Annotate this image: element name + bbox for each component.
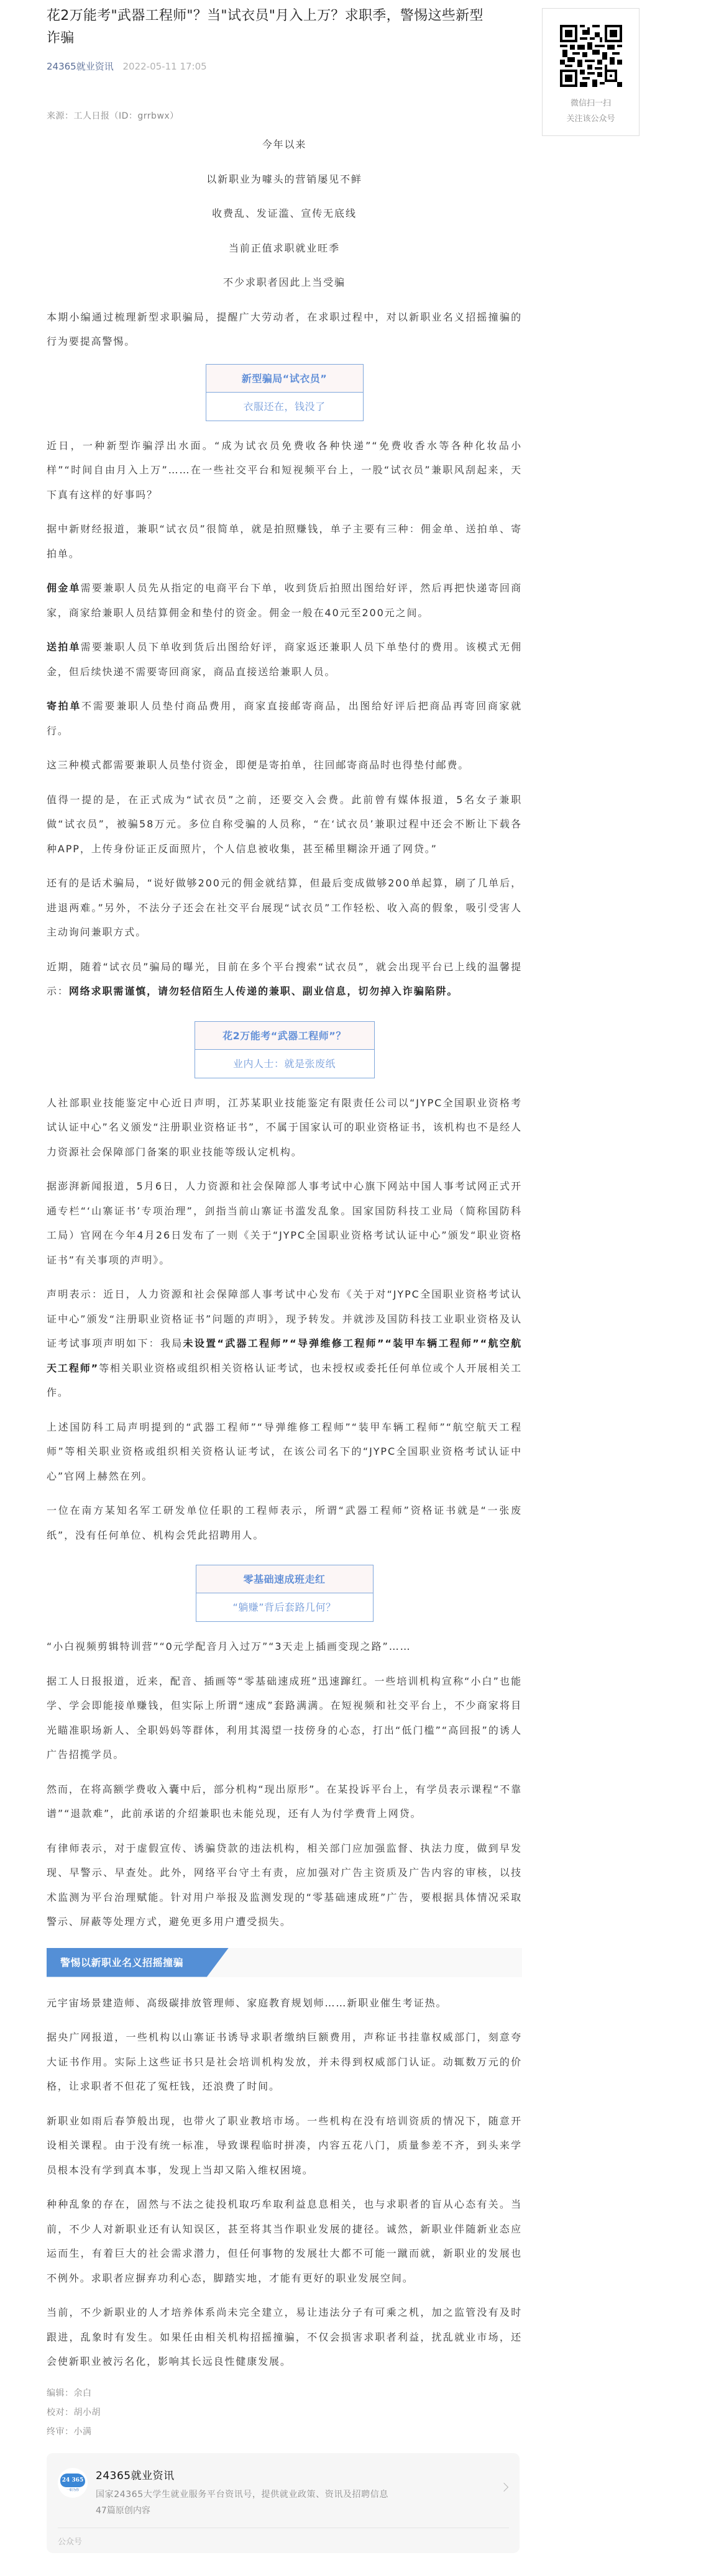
intro-line: 收费乱、发证滥、宣传无底线 bbox=[47, 201, 522, 226]
paragraph: 上述国防科工局声明提到的“武器工程师”“导弹维修工程师”“装甲车辆工程师”“航空… bbox=[47, 1415, 522, 1489]
paragraph: 声明表示：近日，人力资源和社会保障部人事考试中心发布《关于对“JYPC全国职业资… bbox=[47, 1282, 522, 1405]
paragraph: 有律师表示，对于虚假宣传、诱骗贷款的违法机构，相关部门应加强监督、执法力度，做到… bbox=[47, 1836, 522, 1934]
article-source: 来源：工人日报（ID：grrbwx） bbox=[47, 109, 522, 123]
callout-subtitle: 业内人士：就是张废纸 bbox=[195, 1050, 374, 1078]
intro-line: 当前正值求职就业旺季 bbox=[47, 236, 522, 261]
paragraph: 新职业如雨后春笋般出现，也带火了职业教培市场。一些机构在没有培训资质的情况下，随… bbox=[47, 2109, 522, 2183]
paragraph: 还有的是话术骗局，“说好做够200元的佣金就结算，但最后变成做够200单起算，刷… bbox=[47, 871, 522, 945]
credit-editor: 编辑：余白 bbox=[47, 2384, 522, 2403]
paragraph: 寄拍单不需要兼职人员垫付商品费用，商家直接邮寄商品，出图给好评后把商品再寄回商家… bbox=[47, 694, 522, 743]
qr-caption-line1: 微信扫一扫 bbox=[543, 96, 639, 111]
article-title: 花2万能考"武器工程师"？当"试衣员"月入上万？求职季，警惕这些新型诈骗 bbox=[47, 5, 488, 50]
account-type-label: 公众号 bbox=[58, 2535, 82, 2547]
section-header-label: 警惕以新职业名义招摇撞骗 bbox=[60, 1948, 183, 1977]
callout-subtitle: 衣服还在，钱没了 bbox=[206, 393, 363, 421]
chevron-right-icon bbox=[500, 2482, 508, 2491]
article-meta: 24365就业资讯 2022-05-11 17:05 bbox=[47, 60, 522, 73]
paragraph: 佣金单需要兼职人员先从指定的电商平台下单，收到货后拍照出图给好评，然后再把快递寄… bbox=[47, 576, 522, 625]
paragraph: 近期，随着“试衣员”骗局的曝光，目前在多个平台搜索“试衣员”，就会出现平台已上线… bbox=[47, 955, 522, 1004]
paragraph: 送拍单需要兼职人员下单收到货后出图给好评，商家返还兼职人员下单垫付的费用。该模式… bbox=[47, 635, 522, 684]
paragraph: “小白视频剪辑特训营”“0元学配音月入过万”“3天走上插画变现之路”…… bbox=[47, 1634, 522, 1659]
intro-line: 不少求职者因此上当受骗 bbox=[47, 270, 522, 295]
callout-title: 花2万能考“武器工程师”？ bbox=[195, 1022, 374, 1050]
callout-box-trial-clothing: 新型骗局“试衣员” 衣服还在，钱没了 bbox=[206, 364, 364, 421]
cloud-logo-icon: 24 365 bbox=[60, 2474, 85, 2487]
paragraph: 一位在南方某知名军工研发单位任职的工程师表示，所谓“武器工程师”资格证书就是“一… bbox=[47, 1498, 522, 1547]
article: 花2万能考"武器工程师"？当"试衣员"月入上万？求职季，警惕这些新型诈骗 243… bbox=[47, 5, 522, 2553]
intro-line: 以新职业为噱头的营销屡见不鲜 bbox=[47, 167, 522, 192]
paragraph: 据央广网报道，一些机构以山寨证书诱导求职者缴纳巨额费用，声称证书挂靠权威部门，刻… bbox=[47, 2025, 522, 2099]
callout-box-weapons-engineer: 花2万能考“武器工程师”？ 业内人士：就是张废纸 bbox=[195, 1021, 375, 1078]
bold-warning: 网络求职需谨慎，请勿轻信陌生人传递的兼职、副业信息，切勿掉入诈骗陷阱。 bbox=[69, 985, 459, 997]
paragraph: 种种乱象的存在，固然与不法之徒投机取巧牟取利益息息相关，也与求职者的盲从心态有关… bbox=[47, 2192, 522, 2290]
account-description: 国家24365大学生就业服务平台资讯号，提供就业政策、资讯及招聘信息 bbox=[96, 2488, 388, 2500]
paragraph: 近日，一种新型诈骗浮出水面。“成为试衣员免费收各种快递”“免费收香水等各种化妆品… bbox=[47, 434, 522, 507]
qr-caption-line2: 关注该公众号 bbox=[543, 111, 639, 127]
card-divider bbox=[58, 2528, 509, 2528]
credit-final-review: 终审：小满 bbox=[47, 2423, 522, 2442]
account-profile-card[interactable]: 24 365 一职为你 24365就业资讯 国家24365大学生就业服务平台资讯… bbox=[47, 2453, 520, 2553]
credits: 编辑：余白 校对：胡小胡 终审：小满 bbox=[47, 2384, 522, 2442]
paragraph: 然而，在将高额学费收入囊中后，部分机构“现出原形”。在某投诉平台上，有学员表示课… bbox=[47, 1777, 522, 1826]
paragraph: 据工人日报报道，近来，配音、插画等“零基础速成班”迅速蹿红。一些培训机构宣称“小… bbox=[47, 1669, 522, 1767]
intro-paragraph: 本期小编通过梳理新型求职骗局，提醒广大劳动者，在求职过程中，对以新职业名义招摇撞… bbox=[47, 305, 522, 354]
paragraph: 人社部职业技能鉴定中心近日声明，江苏某职业技能鉴定有限责任公司以“JYPC全国职… bbox=[47, 1091, 522, 1165]
account-logo: 24 365 一职为你 bbox=[58, 2468, 88, 2498]
bold-term: 佣金单 bbox=[47, 582, 81, 594]
author-link[interactable]: 24365就业资讯 bbox=[47, 61, 114, 72]
original-count: 47篇原创内容 bbox=[96, 2504, 150, 2516]
paragraph: 据澎湃新闻报道，5月6日，人力资源和社会保障部人事考试中心旗下网站中国人事考试网… bbox=[47, 1174, 522, 1272]
bold-term: 寄拍单 bbox=[47, 700, 81, 712]
paragraph: 值得一提的是，在正式成为“试衣员”之前，还要交入会费。此前曾有媒体报道，5名女子… bbox=[47, 788, 522, 862]
qr-follow-panel: 微信扫一扫 关注该公众号 bbox=[542, 8, 640, 136]
paragraph: 当前，不少新职业的人才培养体系尚未完全建立，易让违法分子有可乘之机，加之监管没有… bbox=[47, 2300, 522, 2374]
section-header: 警惕以新职业名义招摇撞骗 bbox=[47, 1948, 522, 1977]
intro-line: 今年以来 bbox=[47, 132, 522, 157]
qr-code-image bbox=[560, 25, 622, 87]
article-content: 今年以来 以新职业为噱头的营销屡见不鲜 收费乱、发证滥、宣传无底线 当前正值求职… bbox=[47, 132, 522, 2374]
paragraph: 元宇宙场景建造师、高级碳排放管理师、家庭教育规划师……新职业催生考证热。 bbox=[47, 1991, 522, 2016]
account-name: 24365就业资讯 bbox=[96, 2467, 175, 2482]
paragraph: 据中新财经报道，兼职“试衣员”很简单，就是拍照赚钱，单子主要有三种：佣金单、送拍… bbox=[47, 517, 522, 566]
callout-box-crash-course: 零基础速成班走红 “躺赚”背后套路几何？ bbox=[196, 1565, 374, 1622]
bold-term: 送拍单 bbox=[47, 641, 81, 653]
callout-title: 新型骗局“试衣员” bbox=[206, 365, 363, 393]
callout-subtitle: “躺赚”背后套路几何？ bbox=[196, 1593, 373, 1621]
publish-date: 2022-05-11 17:05 bbox=[123, 61, 207, 72]
paragraph: 这三种模式都需要兼职人员垫付资金，即便是寄拍单，往回邮寄商品时也得垫付邮费。 bbox=[47, 753, 522, 778]
callout-title: 零基础速成班走红 bbox=[196, 1565, 373, 1593]
credit-proofreader: 校对：胡小胡 bbox=[47, 2403, 522, 2423]
